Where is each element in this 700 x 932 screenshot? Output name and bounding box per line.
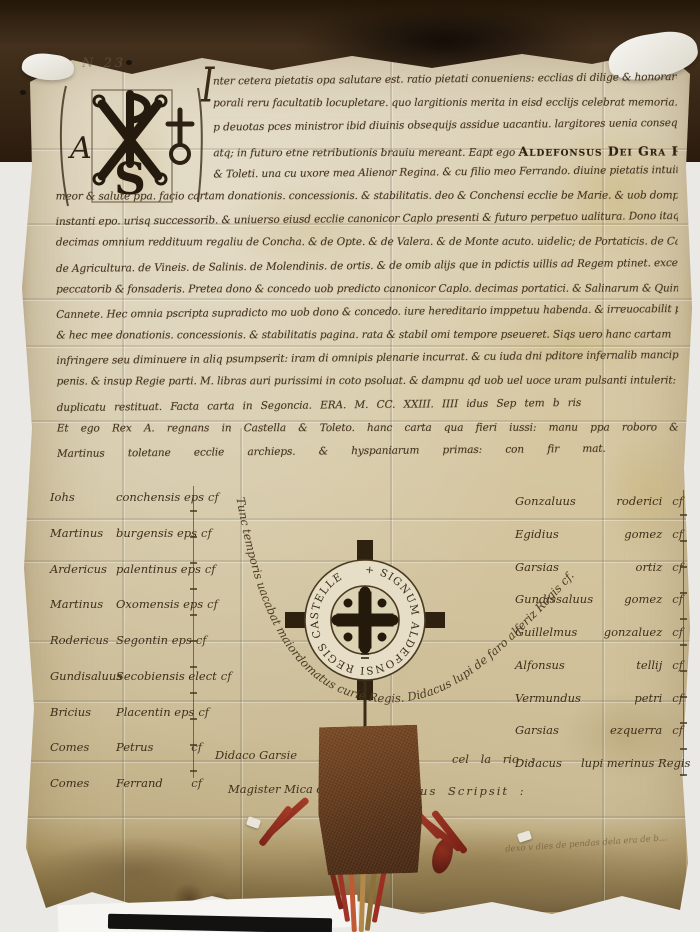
witness-name: Bricius [50, 705, 112, 719]
body-text: & hec mee donationis. concessionis. & st… [56, 329, 671, 342]
witness-name: Martinus [50, 597, 112, 611]
witness-name: Iohs [50, 490, 112, 504]
photo-stage: N 23 S A I nter cetera pietatis opa salu… [0, 0, 700, 932]
body-text-line: peccatorib & fonsaderis. Pretea dono & c… [56, 282, 678, 306]
subscription-scribe-left: Magister Mica d [228, 782, 324, 796]
witness-mark: cf [191, 776, 202, 790]
witness-name: Comes [50, 776, 112, 790]
body-text: meor & salute ppa. facio cartam donation… [56, 189, 679, 202]
body-text: peccatorib & fonsaderis. Pretea dono & c… [56, 282, 679, 295]
body-text-line: de Agricultura. de Vineis. de Salinis. d… [56, 257, 678, 286]
witness-name: Gundisaluus [50, 669, 112, 683]
witness-title: Ferrand [116, 776, 187, 790]
seal-ribbon [316, 725, 424, 876]
witness-name: Martinus [50, 526, 112, 540]
witness-name: Comes [50, 740, 112, 754]
subscription-chancellor-right: cel la rio : [452, 752, 534, 766]
rota-seal: + SIGNUM ALDEFONSI REGIS CASTELLE Tunc t… [140, 430, 700, 770]
body-text: penis. & insup Regie parti. M. libras au… [57, 375, 676, 388]
body-text-line: atq; in futuro etne retributionis brauiu… [55, 143, 677, 167]
body-text: decimas omnium reddituum regaliu de Conc… [56, 236, 679, 249]
body-text: nter cetera pietatis opa salutare est. r… [213, 72, 679, 87]
subscription-chancellor-left: Didaco Garsie [215, 748, 297, 762]
charter-body-text: nter cetera pietatis opa salutare est. r… [55, 72, 679, 469]
body-text-line: decimas omnium reddituum regaliu de Conc… [56, 236, 678, 260]
body-text-line: penis. & insup Regie parti. M. libras au… [57, 375, 679, 399]
royal-intitulation: Aldefonsus Dei Gra Rex Castelle [518, 143, 679, 158]
body-text-line: p deuotas pces ministror ibid diuinis ob… [55, 117, 677, 146]
witness-name: Rodericus [50, 633, 112, 647]
archival-number: N 23 [82, 56, 126, 71]
body-text: duplicatu restituat. Facta carta in Sego… [57, 397, 582, 414]
witness-row: ComesFerrandcf [50, 776, 202, 790]
body-text: atq; in futuro etne retributionis brauiu… [213, 146, 518, 159]
witness-name: Ardericus [50, 562, 112, 576]
body-text-line: duplicatu restituat. Facta carta in Sego… [57, 396, 679, 425]
body-text: porali reru facultatib locupletare. quo … [213, 97, 679, 110]
body-text-line: & Toleti. una cu uxore mea Alienor Regin… [55, 164, 677, 193]
